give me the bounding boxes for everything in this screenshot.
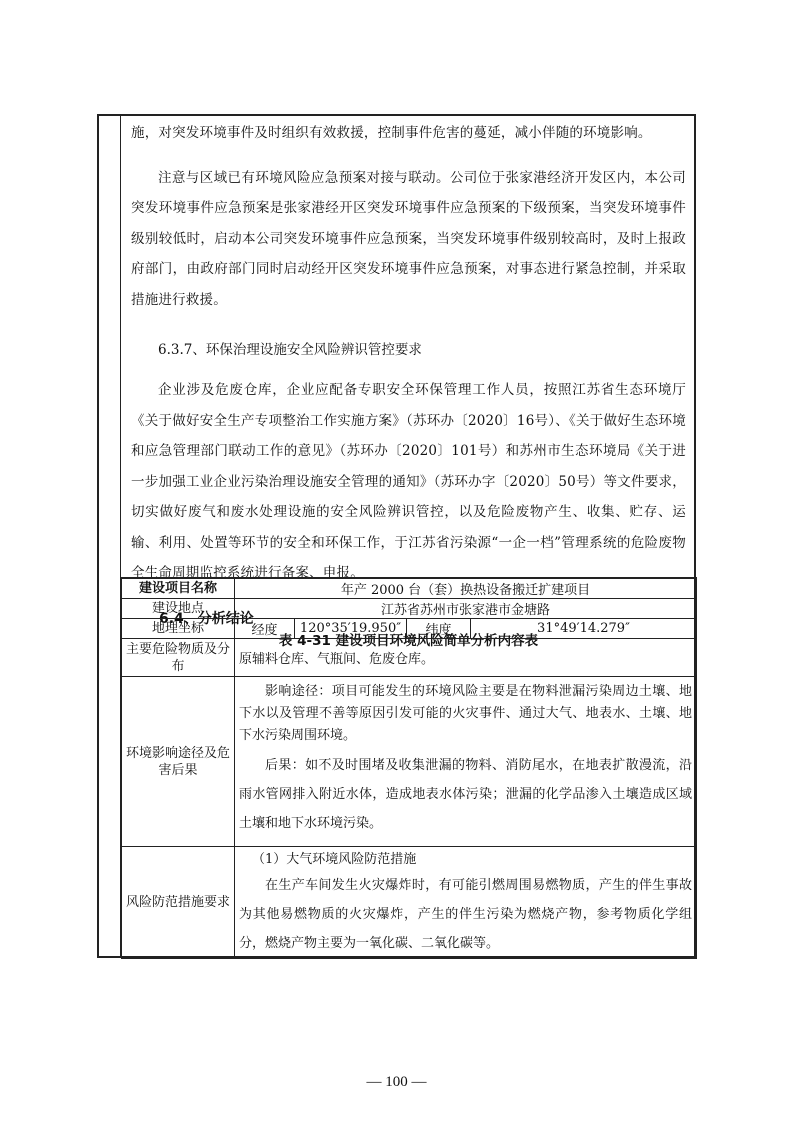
prevention-heading: （1）大气环境风险防范措施 [239, 849, 692, 871]
impact-cell: 影响途径：项目可能发生的环境风险主要是在物料泄漏污染周边土壤、地下水以及管理不善… [235, 677, 697, 847]
paragraph-continuation: 施，对突发环境事件及时组织有效救援，控制事件危害的蔓延，减小伴随的环境影响。 [131, 118, 686, 149]
hazard-value: 原辅料仓库、气瓶间、危废仓库。 [235, 639, 697, 677]
table-row: 环境影响途径及危害后果 影响途径：项目可能发生的环境风险主要是在物料泄漏污染周边… [122, 677, 697, 847]
prevention-text: 在生产车间发生火灾爆炸时，有可能引燃周围易燃物质，产生的伴生事故为其他易燃物质的… [239, 871, 692, 958]
longitude-label: 经度 [235, 619, 295, 639]
impact-path-text: 影响途径：项目可能发生的环境风险主要是在物料泄漏污染周边土壤、地下水以及管理不善… [239, 681, 692, 747]
location-label: 建设地点 [122, 599, 235, 619]
subsection-title-6-3-7: 6.3.7、环保治理设施安全风险辨识管控要求 [131, 335, 686, 365]
table-row: 建设项目名称 年产 2000 台（套）换热设备搬迁扩建项目 [122, 578, 697, 599]
latitude-value: 31°49′14.279″ [471, 619, 697, 639]
table-row: 风险防范措施要求 （1）大气环境风险防范措施 在生产车间发生火灾爆炸时，有可能引… [122, 847, 697, 959]
left-margin-column [99, 116, 121, 956]
hazard-label: 主要危险物质及分布 [122, 639, 235, 677]
impact-consequence-text: 后果：如不及时围堵及收集泄漏的物料、消防尾水，在地表扩散漫流，沿雨水管网排入附近… [239, 751, 692, 838]
project-name-value: 年产 2000 台（套）换热设备搬迁扩建项目 [235, 578, 697, 599]
content-area: 施，对突发环境事件及时组织有效救援，控制事件危害的蔓延，减小伴随的环境影响。 注… [121, 116, 694, 956]
table-row: 建设地点 江苏省苏州市张家港市金塘路 [122, 599, 697, 619]
table-row: 主要危险物质及分布 原辅料仓库、气瓶间、危废仓库。 [122, 639, 697, 677]
latitude-label: 纬度 [407, 619, 471, 639]
prevention-cell: （1）大气环境风险防范措施 在生产车间发生火灾爆炸时，有可能引燃周围易燃物质，产… [235, 847, 697, 959]
longitude-value: 120°35′19.950″ [295, 619, 407, 639]
paragraph-6-3-7: 企业涉及危废仓库，企业应配备专职安全环保管理工作人员，按照江苏省生态环境厅《关于… [131, 375, 686, 589]
prevention-label: 风险防范措施要求 [122, 847, 235, 959]
document-frame: 施，对突发环境事件及时组织有效救援，控制事件危害的蔓延，减小伴随的环境影响。 注… [97, 114, 696, 958]
location-value: 江苏省苏州市张家港市金塘路 [235, 599, 697, 619]
risk-analysis-table: 建设项目名称 年产 2000 台（套）换热设备搬迁扩建项目 建设地点 江苏省苏州… [121, 577, 697, 959]
page-number: — 100 — [0, 1074, 793, 1091]
project-name-label: 建设项目名称 [122, 578, 235, 599]
paragraph-emergency-linkage: 注意与区域已有环境风险应急预案对接与联动。公司位于张家港经济开发区内，本公司突发… [131, 163, 686, 316]
coords-label: 地理坐标 [122, 619, 235, 639]
table-row: 地理坐标 经度 120°35′19.950″ 纬度 31°49′14.279″ [122, 619, 697, 639]
impact-label: 环境影响途径及危害后果 [122, 677, 235, 847]
